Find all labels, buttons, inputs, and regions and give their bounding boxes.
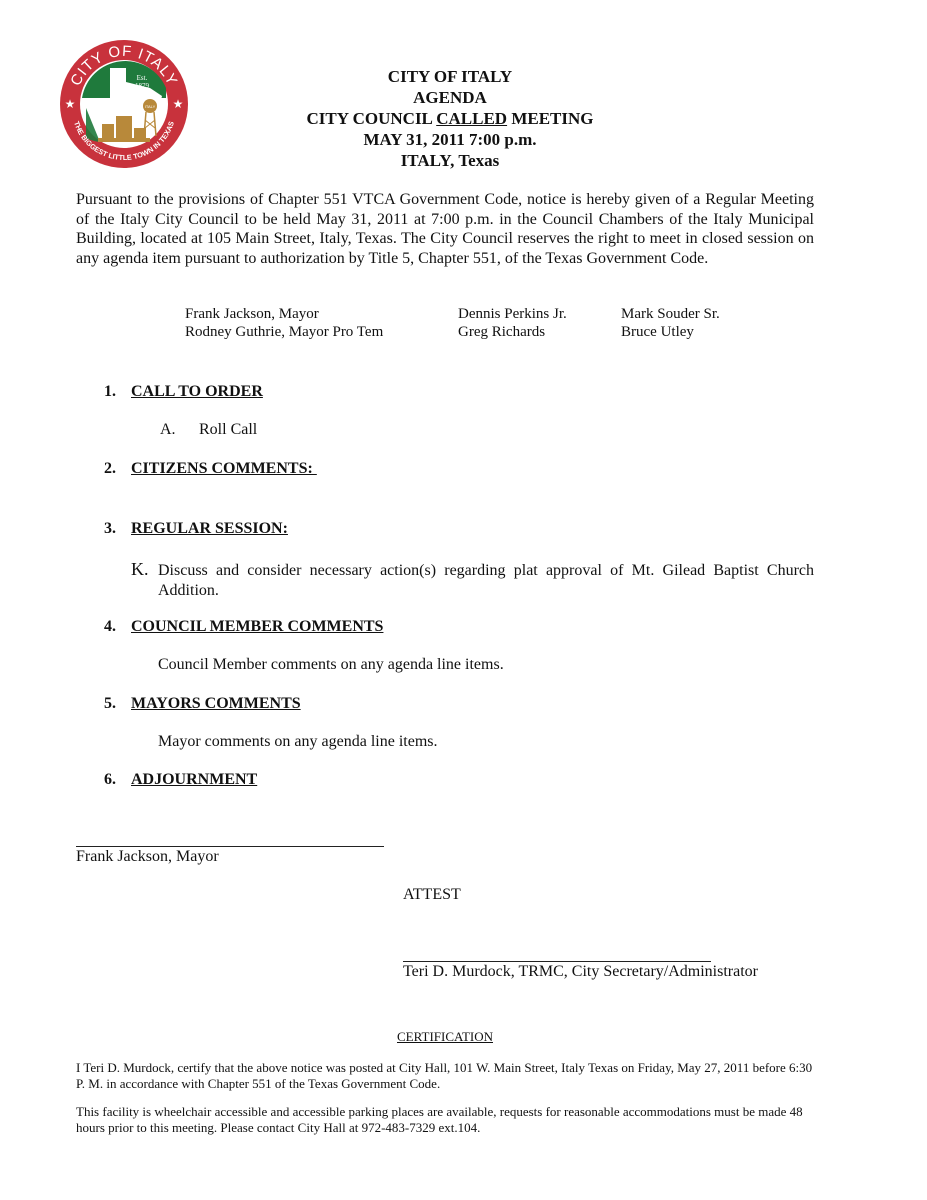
svg-text:Est.: Est.	[137, 74, 148, 82]
mayor-signature-line	[76, 846, 384, 847]
section-call-to-order: 1.CALL TO ORDER	[104, 383, 263, 401]
section-title: ADJOURNMENT	[131, 771, 257, 788]
accessibility-notice: This facility is wheelchair accessible a…	[76, 1104, 816, 1136]
header-meeting-post: MEETING	[507, 109, 593, 128]
section-title: REGULAR SESSION:	[131, 520, 288, 537]
section-mayors-comments: 5.MAYORS COMMENTS	[104, 695, 301, 713]
section-citizens-comments: 2.CITIZENS COMMENTS:	[104, 460, 317, 478]
member-name: Dennis Perkins Jr.	[458, 305, 567, 323]
header-location: ITALY, Texas	[200, 150, 700, 171]
subitem-roll-call: A.Roll Call	[160, 421, 257, 439]
section-regular-session: 3.REGULAR SESSION:	[104, 520, 288, 538]
agenda-item-k: K.Discuss and consider necessary action(…	[131, 559, 814, 601]
svg-text:★: ★	[173, 97, 184, 111]
svg-text:ITALY: ITALY	[145, 104, 156, 109]
member-name: Bruce Utley	[621, 323, 720, 341]
agenda-header: CITY OF ITALY AGENDA CITY COUNCIL CALLED…	[200, 66, 700, 171]
section-number: 5.	[104, 695, 131, 713]
member-name: Frank Jackson, Mayor	[185, 305, 383, 323]
members-column-3: Mark Souder Sr. Bruce Utley	[621, 305, 720, 341]
svg-text:★: ★	[65, 97, 76, 111]
members-column-2: Dennis Perkins Jr. Greg Richards	[458, 305, 567, 341]
member-name: Mark Souder Sr.	[621, 305, 720, 323]
certification-statement: I Teri D. Murdock, certify that the abov…	[76, 1060, 816, 1092]
section-adjournment: 6.ADJOURNMENT	[104, 771, 257, 789]
members-column-1: Frank Jackson, Mayor Rodney Guthrie, May…	[185, 305, 383, 341]
member-name: Rodney Guthrie, Mayor Pro Tem	[185, 323, 383, 341]
item-text: Discuss and consider necessary action(s)…	[158, 562, 814, 579]
section-title: CITIZENS COMMENTS:	[131, 460, 317, 477]
header-meeting-pre: CITY COUNCIL	[306, 109, 436, 128]
header-meeting-called: CALLED	[436, 109, 507, 128]
item-letter: K.	[131, 559, 158, 579]
header-meeting-type: CITY COUNCIL CALLED MEETING	[200, 108, 700, 129]
member-name: Greg Richards	[458, 323, 567, 341]
attest-label: ATTEST	[403, 886, 461, 904]
subitem-letter: A.	[160, 421, 199, 439]
secretary-signature-line	[403, 961, 711, 962]
section-title: CALL TO ORDER	[131, 383, 263, 400]
city-seal-icon: Est. 1879 ITALY ★ ★ CITY OF ITALY THE BI…	[58, 38, 190, 170]
section-council-member-comments: 4.COUNCIL MEMBER COMMENTS	[104, 618, 383, 636]
section-number: 3.	[104, 520, 131, 538]
section-number: 2.	[104, 460, 131, 478]
section-number: 1.	[104, 383, 131, 401]
certification-title: CERTIFICATION	[397, 1029, 493, 1045]
secretary-signature-name: Teri D. Murdock, TRMC, City Secretary/Ad…	[403, 963, 758, 981]
section-number: 4.	[104, 618, 131, 636]
header-city: CITY OF ITALY	[200, 66, 700, 87]
header-date: MAY 31, 2011 7:00 p.m.	[200, 129, 700, 150]
section-number: 6.	[104, 771, 131, 789]
intro-paragraph: Pursuant to the provisions of Chapter 55…	[76, 190, 814, 268]
mayor-signature-name: Frank Jackson, Mayor	[76, 848, 219, 866]
council-comments-note: Council Member comments on any agenda li…	[158, 656, 504, 674]
subitem-text: Roll Call	[199, 421, 257, 438]
svg-text:1879: 1879	[135, 82, 150, 90]
mayor-comments-note: Mayor comments on any agenda line items.	[158, 733, 437, 751]
section-title: MAYORS COMMENTS	[131, 695, 301, 712]
item-text-continued: Addition.	[131, 581, 814, 601]
section-title: COUNCIL MEMBER COMMENTS	[131, 618, 383, 635]
header-agenda: AGENDA	[200, 87, 700, 108]
city-seal-logo: Est. 1879 ITALY ★ ★ CITY OF ITALY THE BI…	[58, 38, 190, 170]
